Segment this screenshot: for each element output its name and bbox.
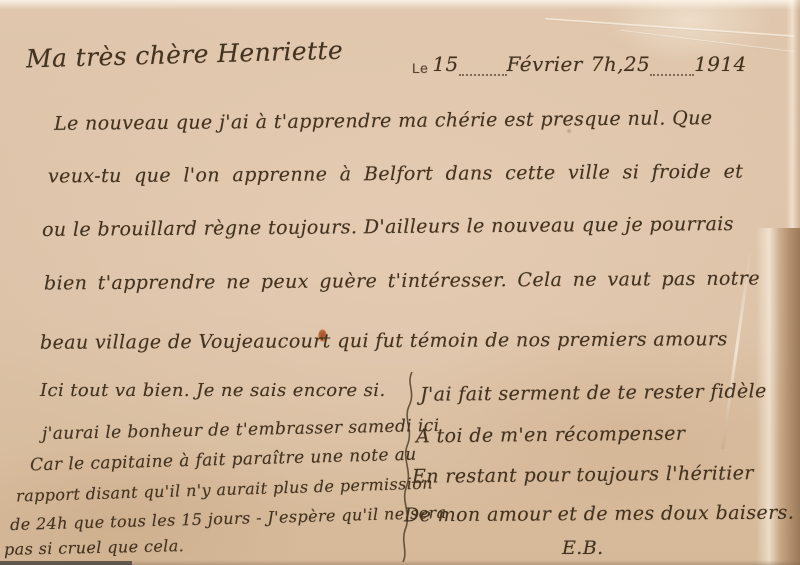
date-printed-le: Le (412, 60, 432, 76)
signature: E.B. (562, 537, 604, 559)
date-month: Février (507, 52, 583, 76)
left-col-line-3: rapport disant qu'il n'y aurait plus de … (16, 473, 433, 505)
right-col-line-2: A toi de m'en récompenser (416, 423, 686, 448)
letter-scan: Ma très chère Henriette Le 15 Février 7h… (0, 0, 800, 565)
right-col-line-3: En restant pour toujours l'héritier (412, 462, 754, 488)
date-line: Le 15 Février 7h,25 1914 (412, 52, 760, 76)
body-line-5: beau village de Voujeaucourt qui fut tém… (40, 328, 728, 354)
body-line-3: ou le brouillard règne toujours. D'aille… (42, 213, 734, 241)
paper-right-edge-top (786, 0, 800, 232)
left-col-line-1: j'aurai le bonheur de t'embrasser samedi… (42, 416, 440, 444)
left-col-line-2: Car le capitaine à fait paraître une not… (30, 445, 417, 476)
right-col-line-1: J'ai fait serment de te rester fidèle (420, 380, 767, 406)
left-col-line-5: pas si cruel que cela. (4, 536, 185, 559)
body-line-4: bien t'apprendre ne peux guère t'intéres… (44, 268, 760, 295)
date-year: 1914 (694, 52, 747, 76)
scan-bottom-edge (0, 561, 132, 565)
date-day: 15 (432, 52, 458, 76)
date-dots-2 (650, 54, 694, 76)
date-dots-1 (459, 54, 507, 76)
salutation: Ma très chère Henriette (26, 36, 344, 74)
left-col-line-4: de 24h que tous les 15 jours - J'espère … (10, 503, 447, 534)
paper-top-highlight (0, 0, 800, 10)
body-line-6: Ici tout va bien. Je ne sais encore si. (40, 380, 386, 401)
date-time: 7h,25 (591, 52, 650, 76)
body-line-1: Le nouveau que j'ai à t'apprendre ma ché… (54, 107, 713, 135)
right-col-line-4: De mon amour et de mes doux baisers. (404, 502, 794, 527)
body-line-2: veux-tu que l'on apprenne à Belfort dans… (48, 161, 743, 188)
